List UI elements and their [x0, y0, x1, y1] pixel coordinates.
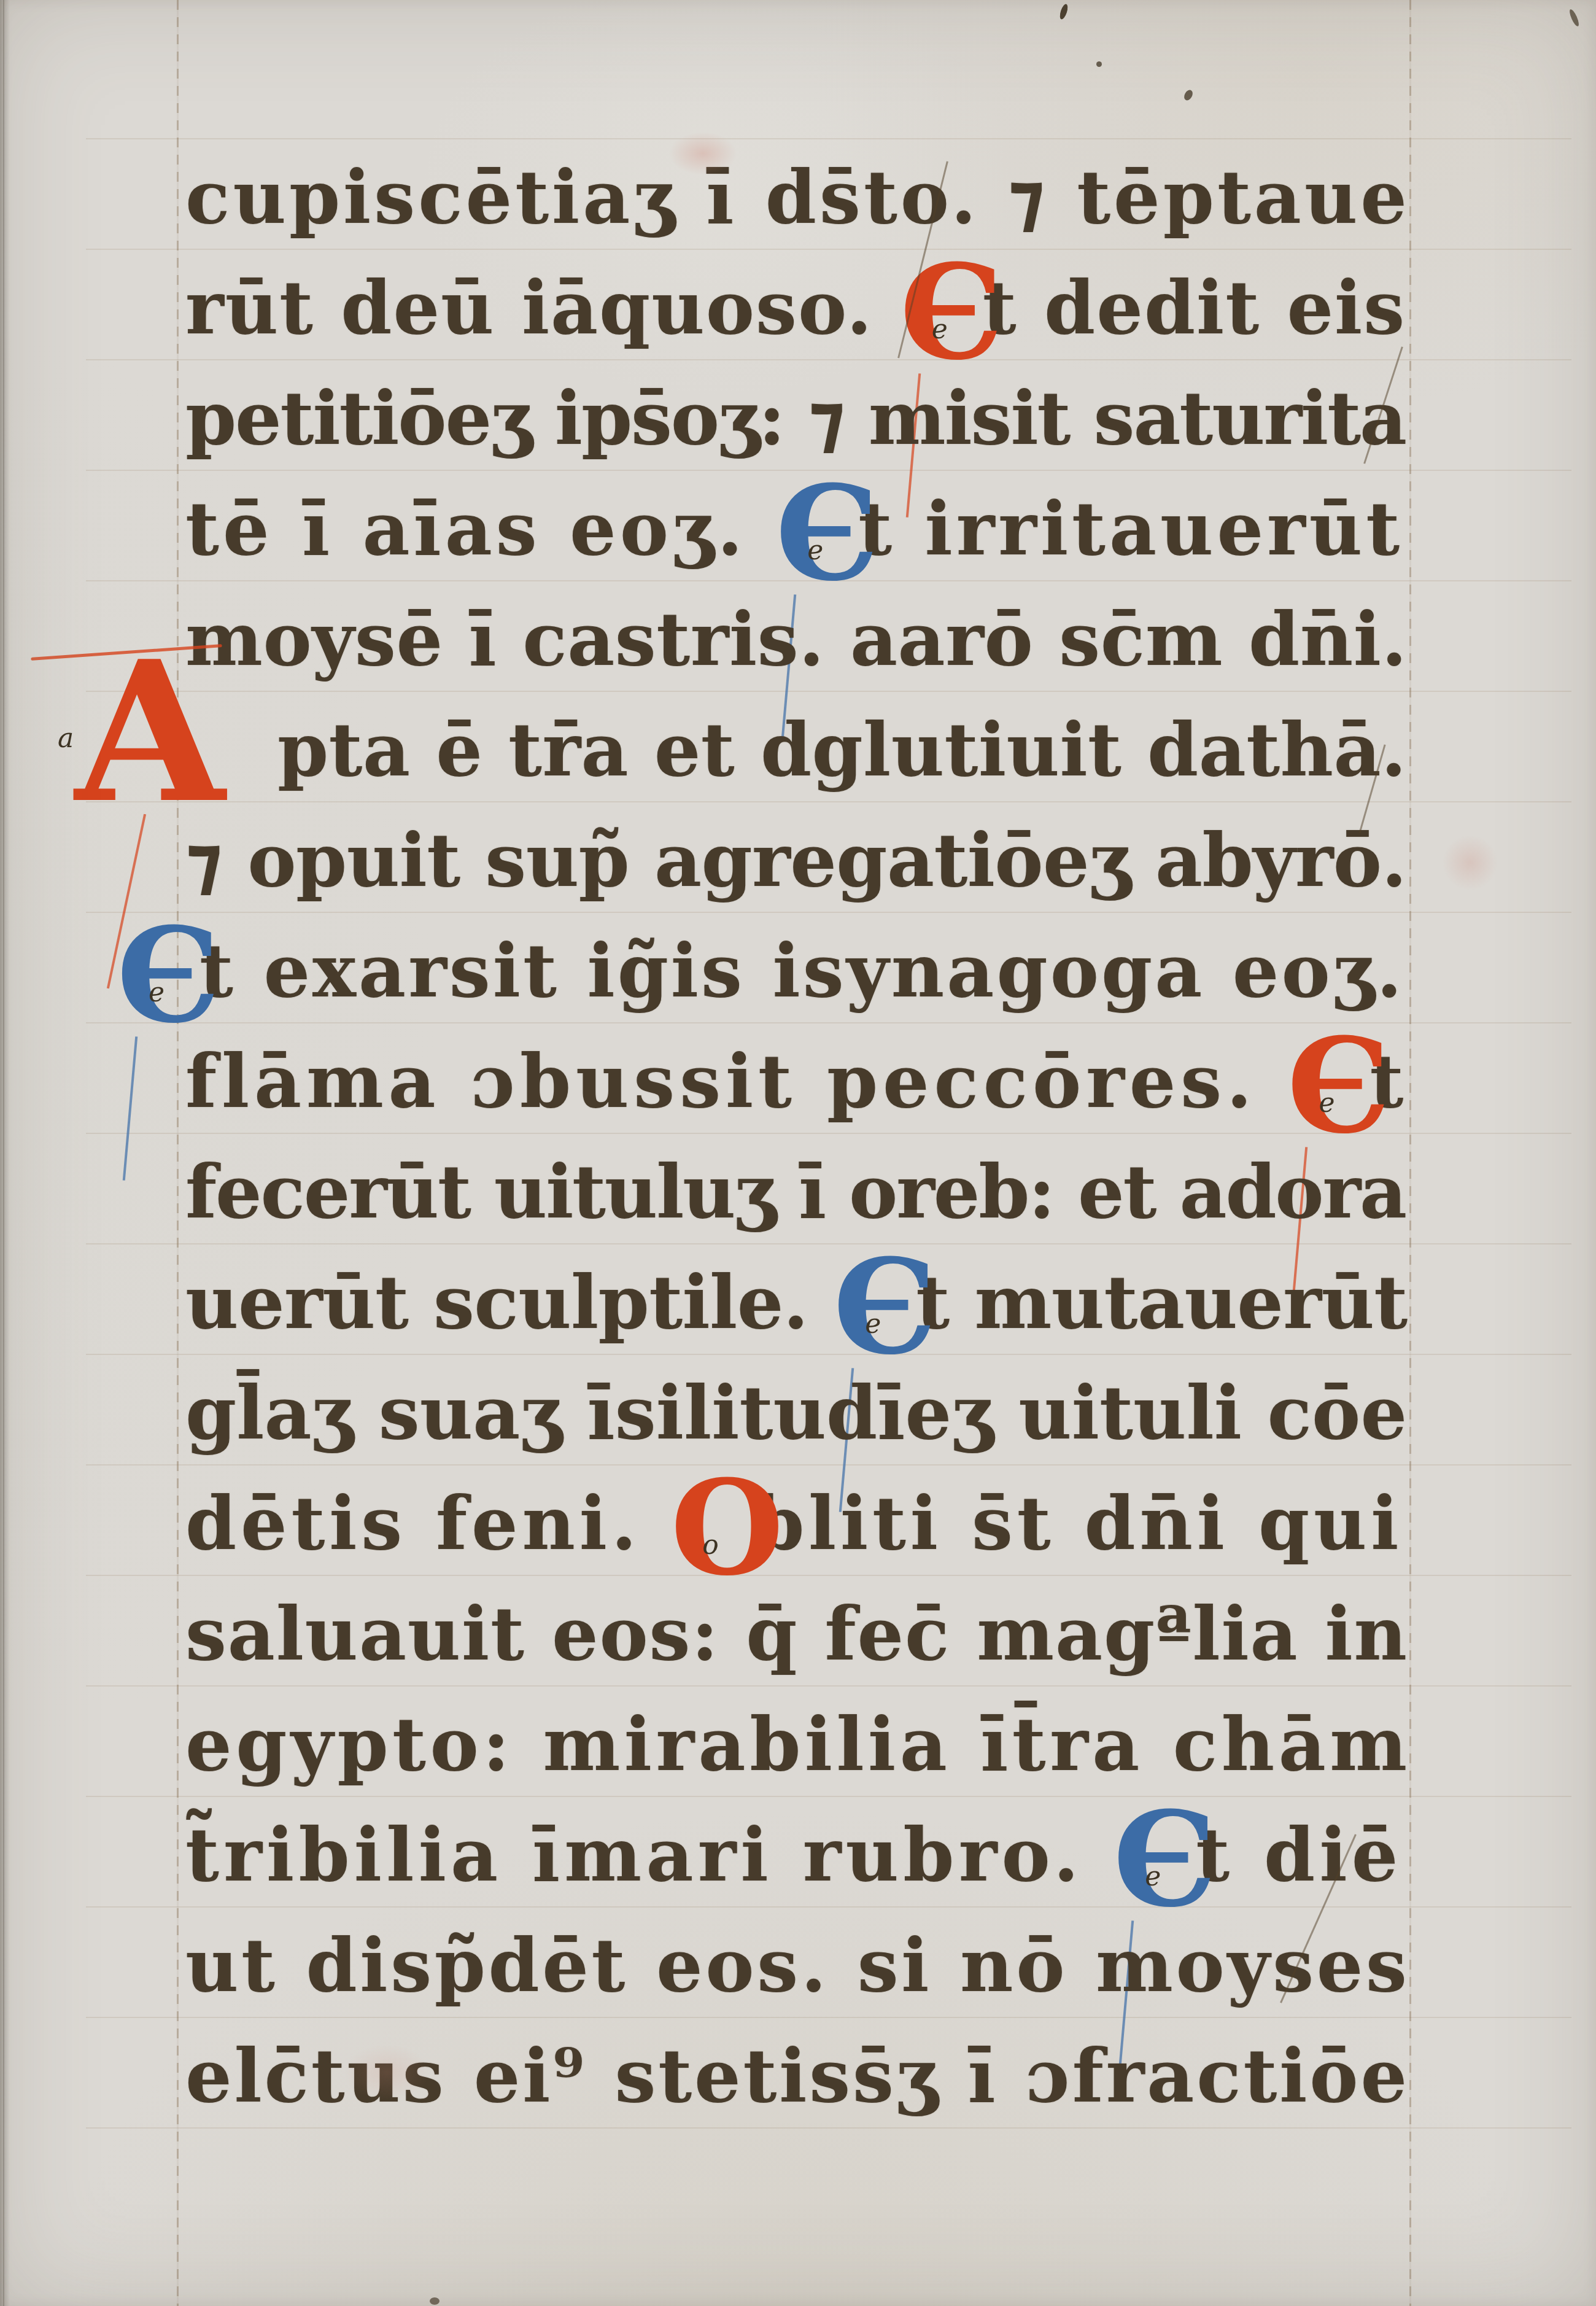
ink-speck — [1096, 61, 1102, 67]
script-text: gl̄aʒ suaʒ īsilitudīeʒ uituli cōe — [185, 1370, 1407, 1456]
text-line: gl̄aʒ suaʒ īsilitudīeʒ uituli cōe — [185, 1358, 1407, 1469]
script-text: t̃ribilia īmari rubro. — [185, 1812, 1113, 1898]
page-edge-shadow — [0, 0, 10, 2306]
script-text: moysē ī castris. aarō sc̄m dn̄i. — [185, 597, 1407, 683]
script-text: t dedit eis — [983, 265, 1406, 351]
text-line-content: fecerūt uituluʒ ī oreb: et adora — [185, 1137, 1406, 1248]
initial-glyph: Є — [1287, 1021, 1395, 1151]
text-block: cupiscētiaʒ ī ds̄to. ⁊ tēptauerūt deū iā… — [185, 142, 1407, 2132]
text-line-content: ut disp̃dēt eos. si nō moyses — [185, 1911, 1410, 2021]
ink-speck — [1058, 3, 1069, 20]
ink-speck — [1182, 88, 1194, 102]
text-line-content: saluauit eos: q̄ fec̄ magªlia in — [185, 1579, 1408, 1690]
script-text: fecerūt uituluʒ ī oreb: et adora — [185, 1149, 1406, 1235]
script-text: saluauit eos: q̄ fec̄ magªlia in — [185, 1591, 1408, 1677]
script-text: uerūt sculptile. — [185, 1260, 833, 1346]
script-text: bliti s̄t dn̄i qui — [753, 1481, 1403, 1567]
ruling-line — [86, 138, 1571, 139]
text-line: tē ī aīas eoʒ. Єet irritauerūt — [185, 474, 1407, 584]
text-line: dētis feni. Oobliti s̄t dn̄i qui — [185, 1469, 1407, 1579]
ink-speck — [1568, 8, 1580, 27]
text-line: Aapta ē tr̄a et dglutiuit dathā. — [185, 695, 1407, 806]
ink-speck — [430, 2297, 440, 2305]
text-line: egypto: mirabilia īt̄ra chām — [185, 1690, 1407, 1800]
script-text: flāma ɔbussit peccōres. — [185, 1039, 1287, 1125]
guide-letter: e — [865, 1311, 880, 1338]
text-line-content: ⁊ opuit sup̃ agregatiōeʒ abyrō. — [185, 806, 1406, 916]
text-line-content: flāma ɔbussit peccōres. Єet — [185, 1027, 1408, 1137]
text-line: saluauit eos: q̄ fec̄ magªlia in — [185, 1579, 1407, 1690]
text-line-content: tē ī aīas eoʒ. Єet irritauerūt — [185, 474, 1403, 584]
script-text: rūt deū iāquoso. — [185, 265, 900, 351]
text-line: Єet exarsit ig̃is isynagoga eoʒ. — [185, 916, 1407, 1027]
text-line-content: t̃ribilia īmari rubro. Єet diē — [185, 1800, 1403, 1911]
script-text: dētis feni. — [185, 1481, 670, 1567]
text-line: uerūt sculptile. Єet mutauerūt — [185, 1248, 1407, 1358]
initial-glyph: A — [75, 636, 225, 829]
initial-glyph: O — [670, 1463, 788, 1593]
script-text: t irritauerūt — [858, 486, 1403, 572]
text-line-content: dētis feni. Oobliti s̄t dn̄i qui — [185, 1469, 1403, 1579]
guide-letter: o — [702, 1532, 722, 1559]
script-text: ut disp̃dēt eos. si nō moyses — [185, 1923, 1410, 2009]
text-line: rūt deū iāquoso. Єet dedit eis — [185, 253, 1407, 363]
text-line-content: Єet exarsit ig̃is isynagoga eoʒ. — [185, 916, 1404, 1027]
initial-glyph: Є — [1113, 1795, 1221, 1925]
guide-letter: e — [1319, 1090, 1339, 1117]
initial-tail — [123, 1036, 138, 1180]
text-line-content: Aapta ē tr̄a et dglutiuit dathā. — [185, 695, 1407, 806]
pink-offset-stain — [1443, 835, 1498, 890]
initial-glyph: Є — [117, 910, 223, 1041]
text-line-content: uerūt sculptile. Єet mutauerūt — [185, 1248, 1408, 1358]
guide-letter: e — [149, 979, 167, 1006]
initial-glyph: Є — [833, 1242, 936, 1372]
guide-letter: e — [1145, 1863, 1165, 1890]
script-text: t mutauerūt — [916, 1260, 1407, 1346]
script-text: t diē — [1196, 1812, 1402, 1898]
guide-letter: e — [807, 537, 827, 564]
script-text: petitiōeʒ ips̄oʒ: ⁊ misit saturita — [185, 376, 1406, 462]
text-line-content: rūt deū iāquoso. Єet dedit eis — [185, 253, 1406, 363]
text-line-content: gl̄aʒ suaʒ īsilitudīeʒ uituli cōe — [185, 1358, 1407, 1469]
text-line-content: moysē ī castris. aarō sc̄m dn̄i. — [185, 584, 1407, 695]
guide-letter: a — [58, 725, 74, 752]
text-line: fecerūt uituluʒ ī oreb: et adora — [185, 1137, 1407, 1248]
manuscript-photo: cupiscētiaʒ ī ds̄to. ⁊ tēptauerūt deū iā… — [0, 0, 1596, 2306]
pink-offset-stain — [669, 132, 737, 175]
text-line: ⁊ opuit sup̃ agregatiōeʒ abyrō. — [185, 806, 1407, 916]
margin-rule-left — [177, 0, 179, 2306]
text-line: flāma ɔbussit peccōres. Єet — [185, 1027, 1407, 1137]
initial-glyph: Є — [775, 468, 883, 599]
script-text: tē ī aīas eoʒ. — [185, 486, 775, 572]
text-line: cupiscētiaʒ ī ds̄to. ⁊ tēptaue — [185, 142, 1407, 253]
script-text: cupiscētiaʒ ī ds̄to. ⁊ tēptaue — [185, 155, 1410, 241]
guide-letter: e — [932, 316, 949, 343]
text-line: ut disp̃dēt eos. si nō moyses — [185, 1911, 1407, 2021]
script-text: egypto: mirabilia īt̄ra chām — [185, 1702, 1411, 1788]
text-line-content: cupiscētiaʒ ī ds̄to. ⁊ tēptaue — [185, 142, 1410, 253]
page-edge-line — [3, 0, 4, 2306]
script-text: ⁊ opuit sup̃ agregatiōeʒ abyrō. — [185, 818, 1406, 904]
text-line: t̃ribilia īmari rubro. Єet diē — [185, 1800, 1407, 1911]
initial-glyph: Є — [900, 247, 1005, 378]
text-line-content: egypto: mirabilia īt̄ra chām — [185, 1690, 1411, 1800]
pink-offset-stain — [344, 2044, 430, 2100]
text-line: moysē ī castris. aarō sc̄m dn̄i. — [185, 584, 1407, 695]
script-text: pta ē tr̄a et dglutiuit dathā. — [277, 707, 1407, 793]
script-text: t exarsit ig̃is isynagoga eoʒ. — [199, 928, 1404, 1014]
